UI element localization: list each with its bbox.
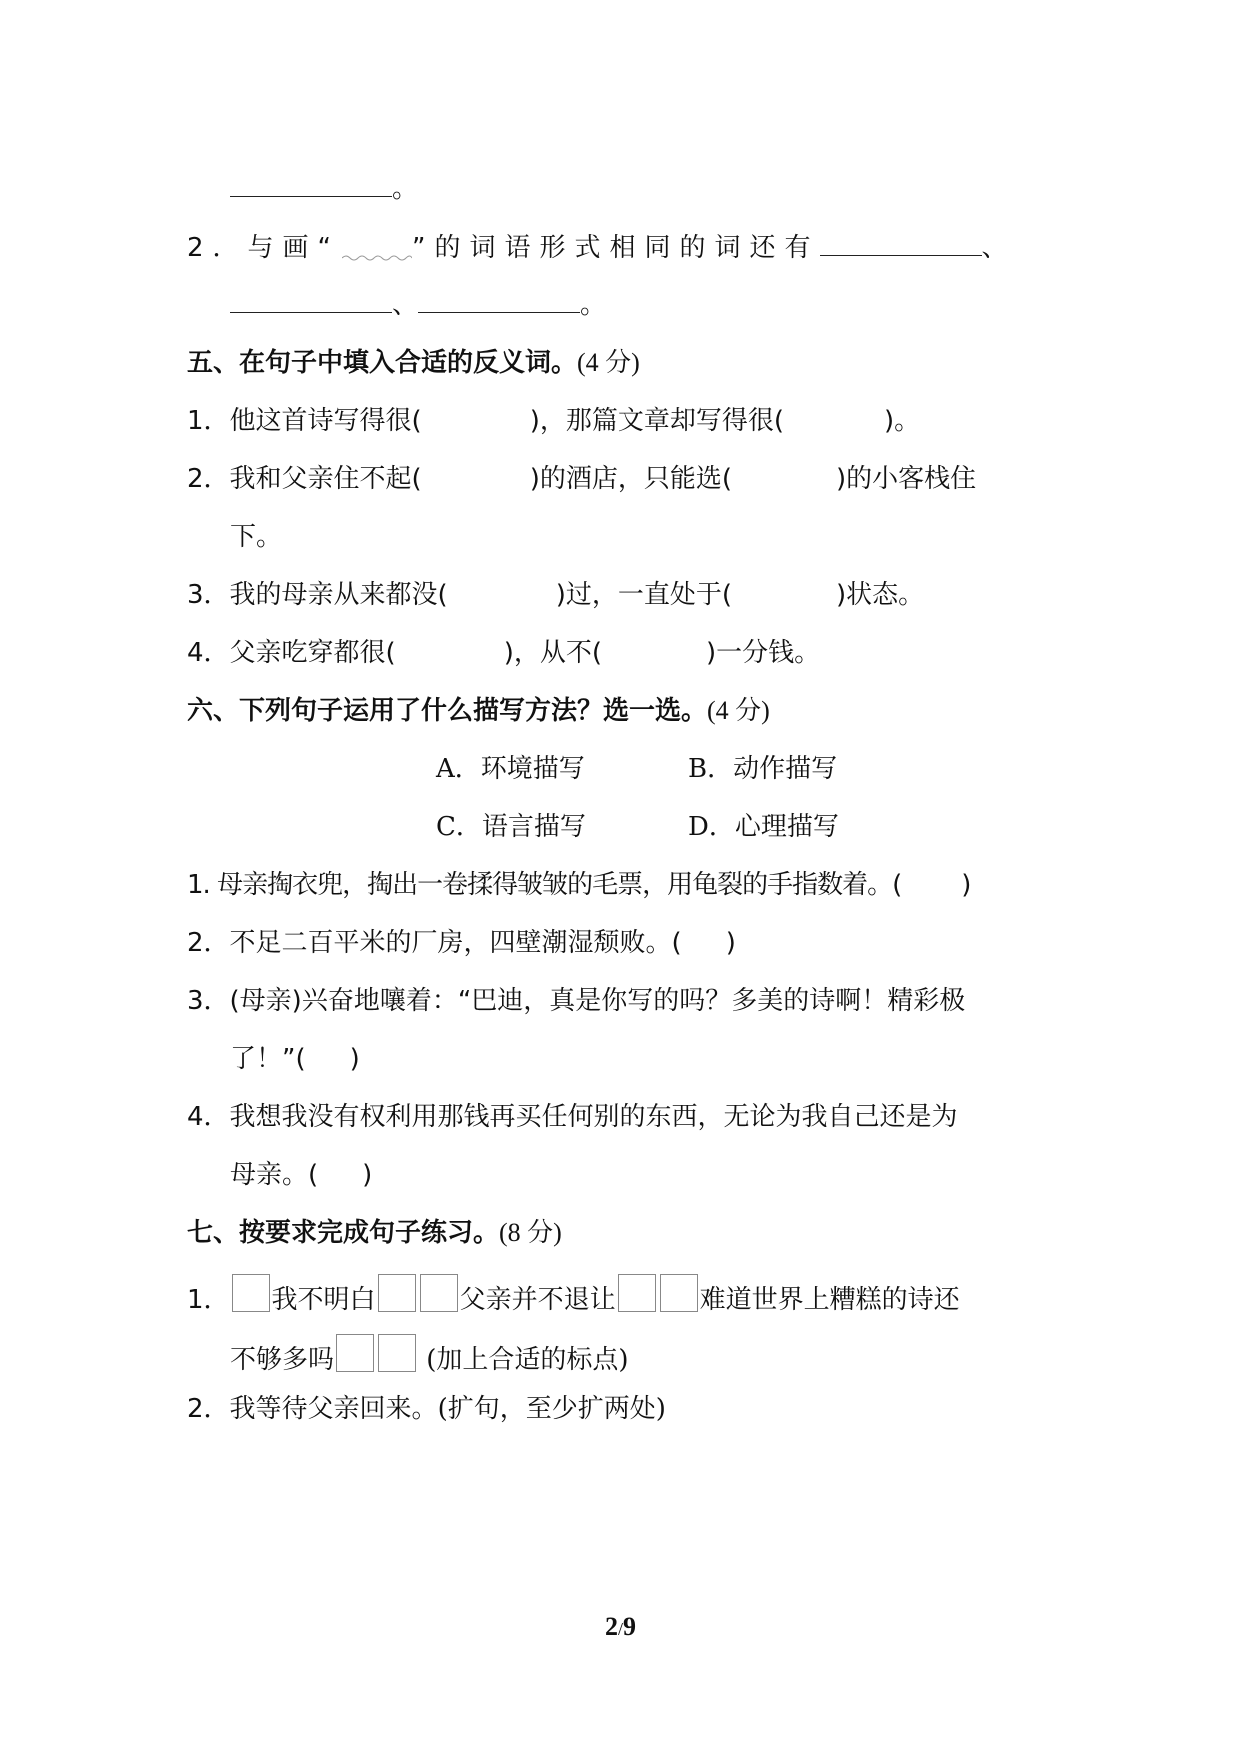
question-text: )的小客栈住 <box>836 464 976 494</box>
paren-close: ) <box>726 928 736 958</box>
total-pages: 9 <box>623 1612 636 1641</box>
punctuation-box[interactable] <box>420 1274 458 1312</box>
section-title: 七、按要求完成句子练习。 <box>187 1218 499 1248</box>
answer-blank[interactable] <box>418 288 580 313</box>
paren-close: ) <box>961 870 970 900</box>
sec7-question-1: 1．我不明白父亲并不退让难道世界上糟糕的诗还 <box>187 1274 960 1317</box>
question-text: 3．(母亲)兴奋地嚷着：“巴迪，真是你写的吗？多美的诗啊！精彩极 <box>187 986 965 1016</box>
option-d: D．心理描写 <box>688 810 839 844</box>
question-text: 我的母亲从来都没( <box>230 580 448 610</box>
question-text: 2．不足二百平米的厂房，四壁潮湿颓败。( <box>187 928 682 958</box>
sec7-question-2: 2．我等待父亲回来。(扩句，至少扩两处) <box>187 1392 666 1426</box>
question-text: ”的词语形式相同的词还有 <box>412 233 819 263</box>
question-text: 1. 母亲掏衣兜，掏出一卷揉得皱皱的毛票，用龟裂的手指数着。( <box>187 870 901 900</box>
question-text: )状态。 <box>836 580 924 610</box>
question-text: 了！”( <box>230 1044 306 1074</box>
punctuation-box[interactable] <box>232 1274 270 1312</box>
page-number: 2/9 <box>0 1612 1241 1642</box>
question-text: 我不明白 <box>272 1285 376 1315</box>
question-number: 1． <box>187 406 230 436</box>
sec4-question-2: 2．与画“”的词语形式相同的词还有、 <box>187 230 1017 265</box>
question-text: )的酒店，只能选( <box>530 464 732 494</box>
sec4-question-2-cont: 、。 <box>230 288 606 322</box>
sec6-question-4: 4．我想我没有权利用那钱再买任何别的东西，无论为我自己还是为 <box>187 1100 958 1134</box>
punctuation-box[interactable] <box>660 1274 698 1312</box>
separator: 、 <box>982 233 1017 263</box>
sec5-question-2-cont: 下。 <box>230 520 282 554</box>
question-text: 母亲。( <box>230 1160 318 1190</box>
section-points: (4 分) <box>577 348 640 377</box>
sec6-question-3-cont: 了！”() <box>230 1042 360 1076</box>
current-page: 2 <box>605 1612 618 1641</box>
question-text: 我和父亲住不起( <box>230 464 422 494</box>
question-number: 1． <box>187 1285 230 1315</box>
section-points: (8 分) <box>499 1218 562 1247</box>
paren-close: ) <box>362 1160 372 1190</box>
punctuation-box[interactable] <box>378 1334 416 1372</box>
sec7-question-1-cont: 不够多吗 (加上合适的标点) <box>230 1334 629 1377</box>
answer-blank[interactable] <box>230 288 392 313</box>
section-7-heading: 七、按要求完成句子练习。(8 分) <box>187 1216 562 1250</box>
separator: 、 <box>392 290 418 320</box>
sec5-question-4: 4．父亲吃穿都很()，从不()一分钱。 <box>187 636 820 670</box>
question-text: 4．我想我没有权利用那钱再买任何别的东西，无论为我自己还是为 <box>187 1102 958 1132</box>
sec6-question-3: 3．(母亲)兴奋地嚷着：“巴迪，真是你写的吗？多美的诗啊！精彩极 <box>187 984 965 1018</box>
question-text: 与画“ <box>248 233 340 263</box>
wavy-underline-placeholder <box>340 230 412 256</box>
sec5-question-1: 1．他这首诗写得很()，那篇文章却写得很()。 <box>187 404 920 438</box>
question-text: 难道世界上糟糕的诗还 <box>700 1285 960 1315</box>
section-title: 六、下列句子运用了什么描写方法？选一选。 <box>187 696 707 726</box>
question-text: 父亲吃穿都很( <box>230 638 396 668</box>
question-text: )一分钱。 <box>706 638 820 668</box>
sec6-question-2: 2．不足二百平米的厂房，四壁潮湿颓败。() <box>187 926 736 960</box>
question-number: 2． <box>187 464 230 494</box>
punctuation-box[interactable] <box>378 1274 416 1312</box>
punctuation-box[interactable] <box>336 1334 374 1372</box>
question-text: 我等待父亲回来。 <box>230 1394 438 1424</box>
option-b: B．动作描写 <box>688 752 837 786</box>
sec5-question-3: 3．我的母亲从来都没()过，一直处于()状态。 <box>187 578 924 612</box>
instruction-note: (扩句，至少扩两处) <box>438 1394 666 1424</box>
question-text: 不够多吗 <box>230 1345 334 1375</box>
question-text: 下。 <box>230 522 282 552</box>
answer-blank[interactable] <box>820 231 982 256</box>
section-6-heading: 六、下列句子运用了什么描写方法？选一选。(4 分) <box>187 694 770 728</box>
question-number: 3． <box>187 580 230 610</box>
punctuation-box[interactable] <box>618 1274 656 1312</box>
paren-close: ) <box>350 1044 360 1074</box>
question-number: 2． <box>187 1394 230 1424</box>
question-text: )过，一直处于( <box>556 580 732 610</box>
section-points: (4 分) <box>707 696 770 725</box>
option-a: A．环境描写 <box>436 752 585 786</box>
question-text: )，从不( <box>504 638 602 668</box>
question-text: 他这首诗写得很( <box>230 406 422 436</box>
instruction-note: (加上合适的标点) <box>426 1345 628 1375</box>
carryover-answer-line: 。 <box>230 172 418 206</box>
question-text: 父亲并不退让 <box>460 1285 616 1315</box>
question-number: 4． <box>187 638 230 668</box>
question-text: )，那篇文章却写得很( <box>530 406 784 436</box>
sec5-question-2: 2．我和父亲住不起()的酒店，只能选()的小客栈住 <box>187 462 976 496</box>
sec6-question-1: 1. 母亲掏衣兜，掏出一卷揉得皱皱的毛票，用龟裂的手指数着。() <box>187 868 970 902</box>
answer-blank[interactable] <box>230 172 392 197</box>
option-c: C．语言描写 <box>436 810 586 844</box>
section-5-heading: 五、在句子中填入合适的反义词。(4 分) <box>187 346 640 380</box>
question-text: )。 <box>884 406 920 436</box>
sec6-question-4-cont: 母亲。() <box>230 1158 372 1192</box>
period: 。 <box>392 174 418 204</box>
period: 。 <box>580 290 606 320</box>
question-number: 2． <box>187 233 248 263</box>
section-title: 五、在句子中填入合适的反义词。 <box>187 348 577 378</box>
